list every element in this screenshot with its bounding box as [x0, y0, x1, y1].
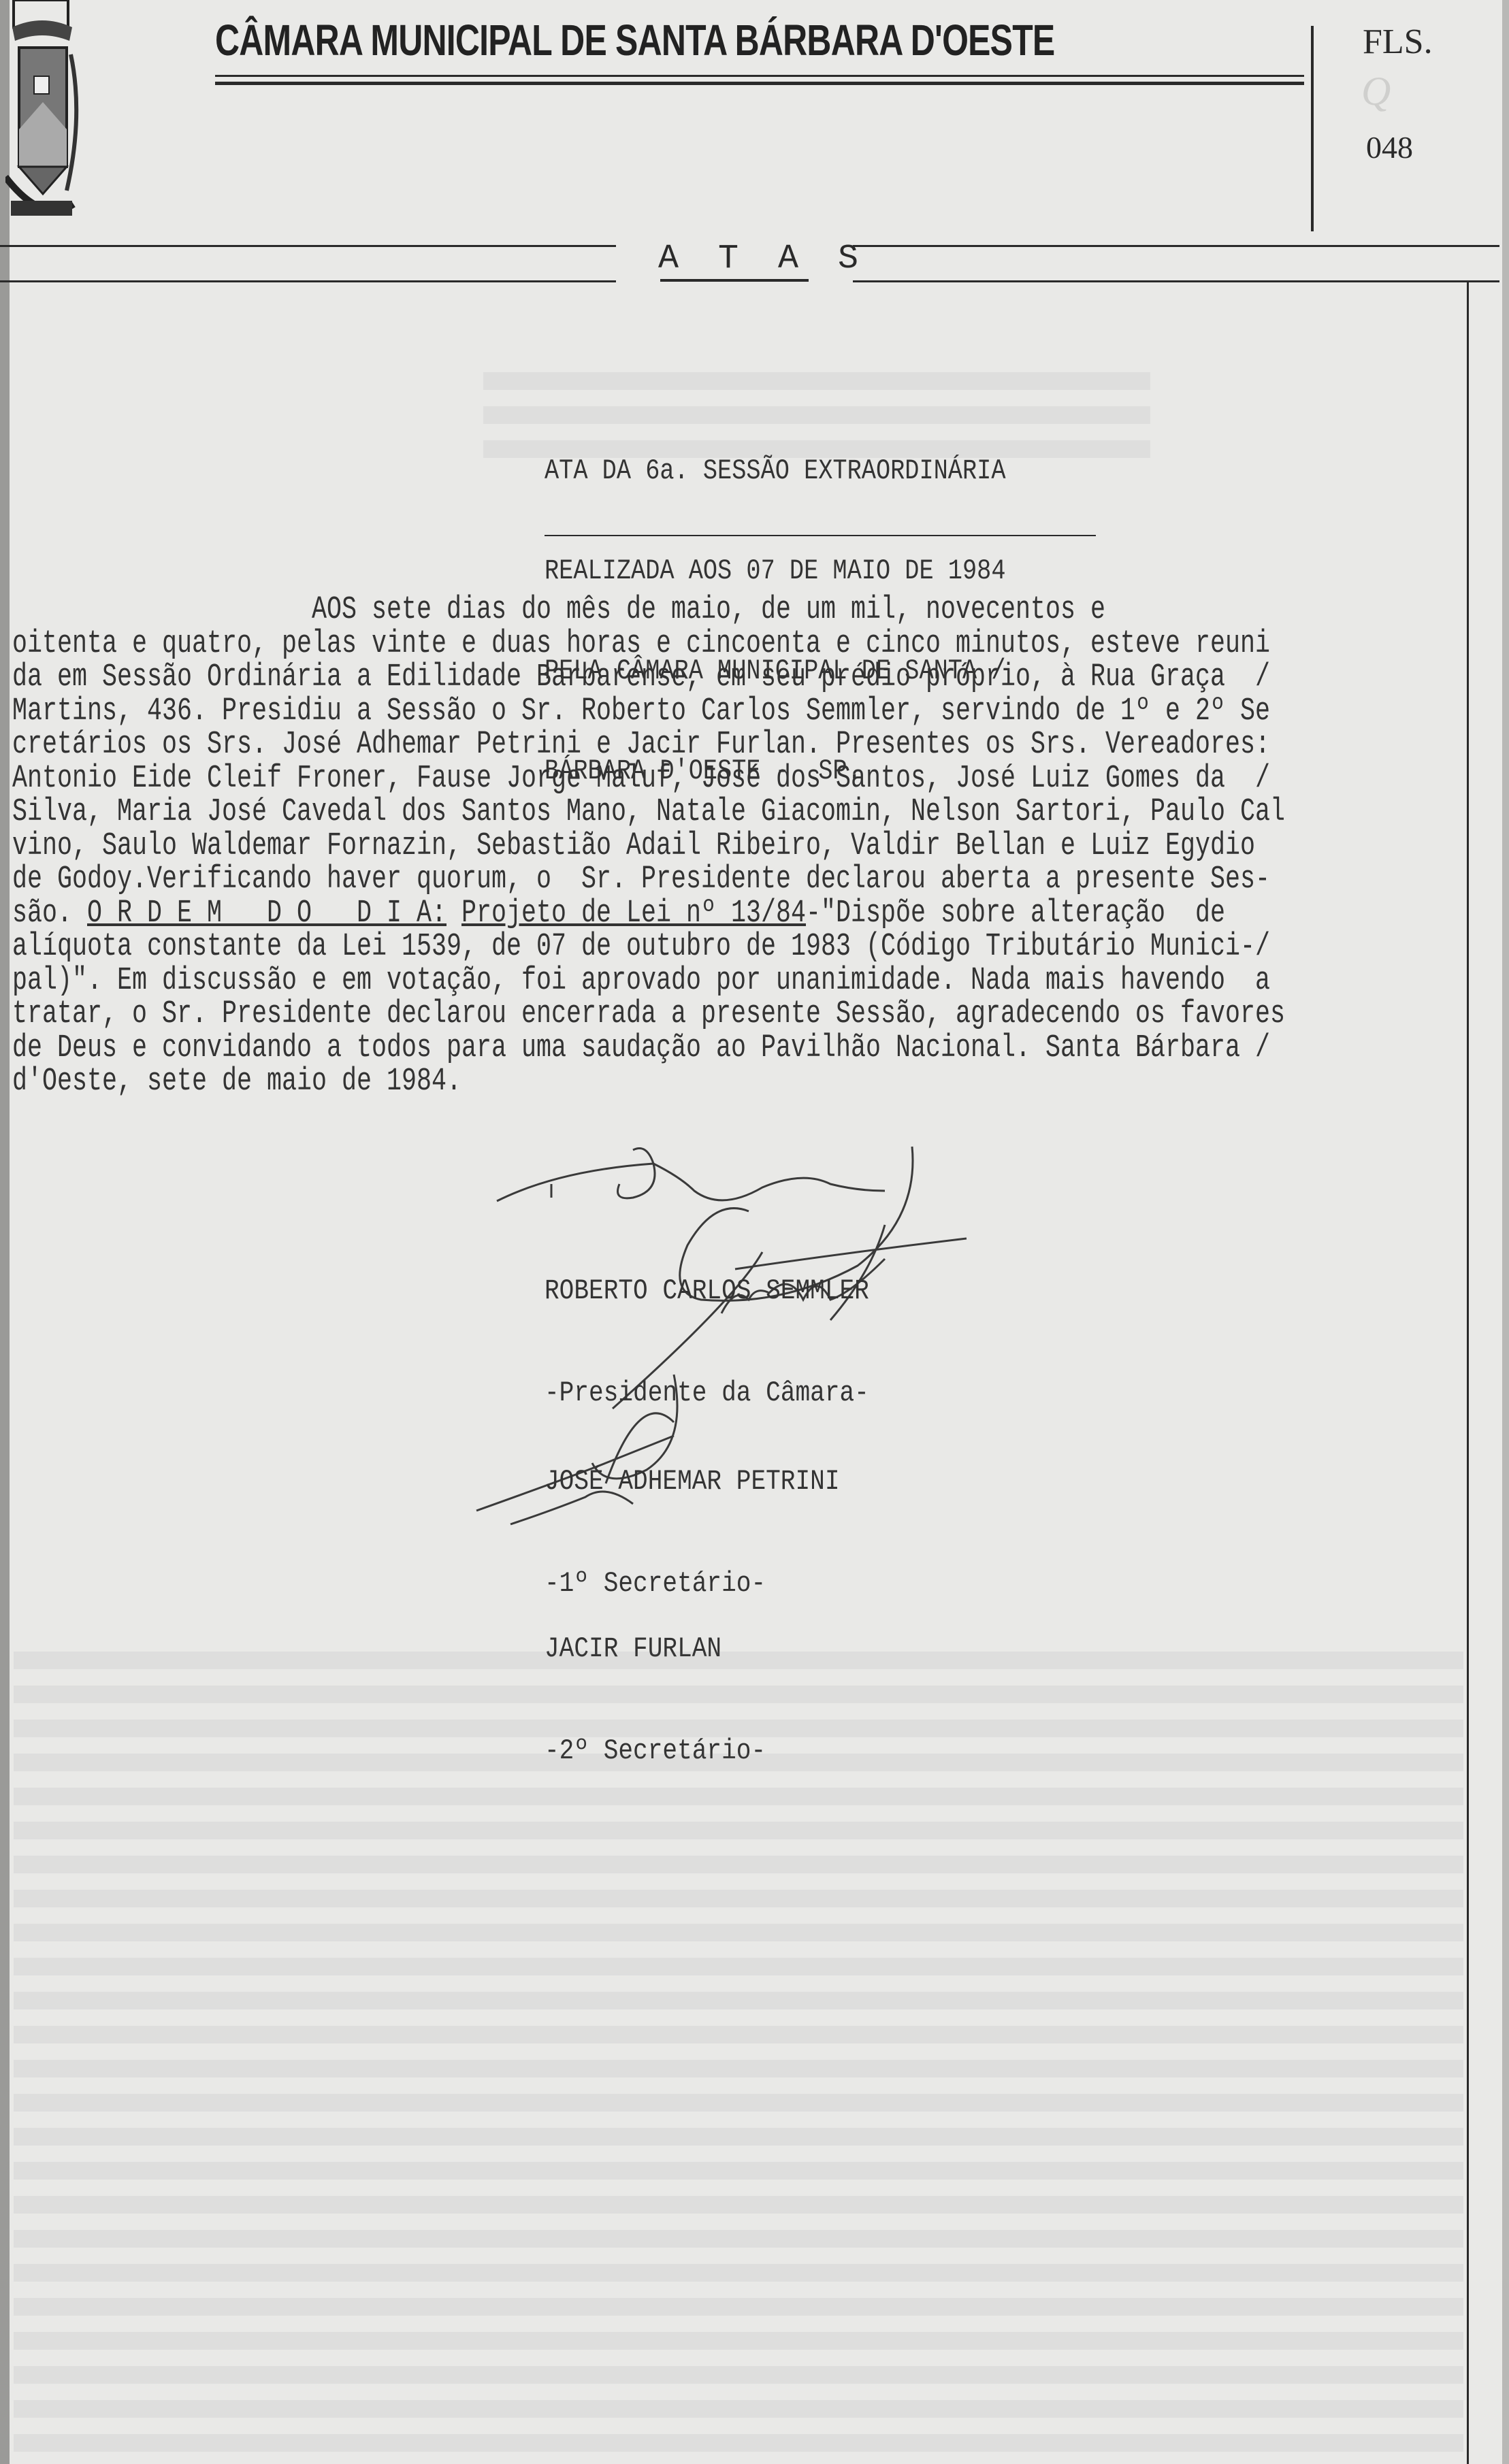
body-line: vino, Saulo Waldemar Fornazin, Sebastião… [12, 829, 1146, 864]
body-line: Silva, Maria José Cavedal dos Santos Man… [12, 795, 1146, 829]
signatory-role: -2º Secretário- [545, 1734, 766, 1768]
ordem-do-dia-label: O R D E M D O D I A: [87, 896, 447, 932]
sheet-label: FLS. [1363, 22, 1433, 62]
body-line: Antonio Eide Cleif Froner, Fause Jorge M… [12, 762, 1146, 796]
signatory-name: ROBERTO CARLOS SEMMLER [545, 1274, 869, 1308]
minutes-body: AOS sete dias do mês de maio, de um mil,… [12, 593, 1465, 1099]
heading-line: ATA DA 6a. SESSÃO EXTRAORDINÁRIA [545, 455, 1005, 488]
ordem-gap [447, 896, 461, 932]
body-line: tratar, o Sr. Presidente declarou encerr… [12, 998, 1146, 1032]
body-line: cretários os Srs. José Adhemar Petrini e… [12, 728, 1146, 762]
scan-edge-left [0, 0, 10, 2464]
header-separator [1311, 26, 1314, 231]
frame-right-border [1467, 280, 1469, 2464]
body-line: d'Oeste, sete de maio de 1984. [12, 1065, 1146, 1099]
header-rule-top [215, 75, 1304, 77]
atas-rule-left-top [0, 245, 616, 247]
header-rule-bottom [215, 82, 1304, 85]
section-title-underline [660, 279, 809, 282]
body-line: AOS sete dias do mês de maio, de um mil,… [12, 593, 1146, 627]
body-line: oitenta e quatro, pelas vinte e duas hor… [12, 627, 1146, 661]
document-page: CÂMARA MUNICIPAL DE SANTA BÁRBARA D'OEST… [0, 0, 1509, 2464]
project-reference: Projeto de Lei nº 13/84 [461, 896, 806, 932]
sheet-number: 048 [1366, 129, 1413, 165]
ordem-do-dia-line: são. O R D E M D O D I A: Projeto de Lei… [12, 897, 1146, 931]
body-line: alíquota constante da Lei 1539, de 07 de… [12, 930, 1146, 964]
coat-of-arms-icon [5, 0, 79, 228]
body-line: Martins, 436. Presidiu a Sessão o Sr. Ro… [12, 695, 1146, 729]
sheet-initials-stamp: Q [1361, 68, 1391, 115]
scan-edge-right [1502, 0, 1509, 2464]
body-line: pal)". Em discussão e em votação, foi ap… [12, 964, 1146, 998]
heading-underline [545, 535, 1096, 536]
signatory-second-secretary: JACIR FURLAN -2º Secretário- [545, 1564, 766, 1836]
signatory-name: JOSÉ ADHEMAR PETRINI [545, 1464, 840, 1498]
ordem-prefix: são. [12, 896, 87, 932]
section-title: A T A S [658, 240, 868, 278]
signatory-name: JACIR FURLAN [545, 1632, 766, 1666]
atas-rule-right-top [853, 245, 1499, 247]
organization-title: CÂMARA MUNICIPAL DE SANTA BÁRBARA D'OEST… [215, 15, 1054, 65]
body-line: de Deus e convidando a todos para uma sa… [12, 1032, 1146, 1066]
atas-rule-right-bottom [853, 280, 1499, 282]
atas-rule-left-bottom [0, 280, 616, 282]
ordem-rest: -"Dispõe sobre alteração de [806, 896, 1225, 932]
body-line: da em Sessão Ordinária a Edilidade Barba… [12, 661, 1146, 695]
body-line: de Godoy.Verificando haver quorum, o Sr.… [12, 863, 1146, 897]
heading-line: REALIZADA AOS 07 DE MAIO DE 1984 [545, 555, 1005, 588]
